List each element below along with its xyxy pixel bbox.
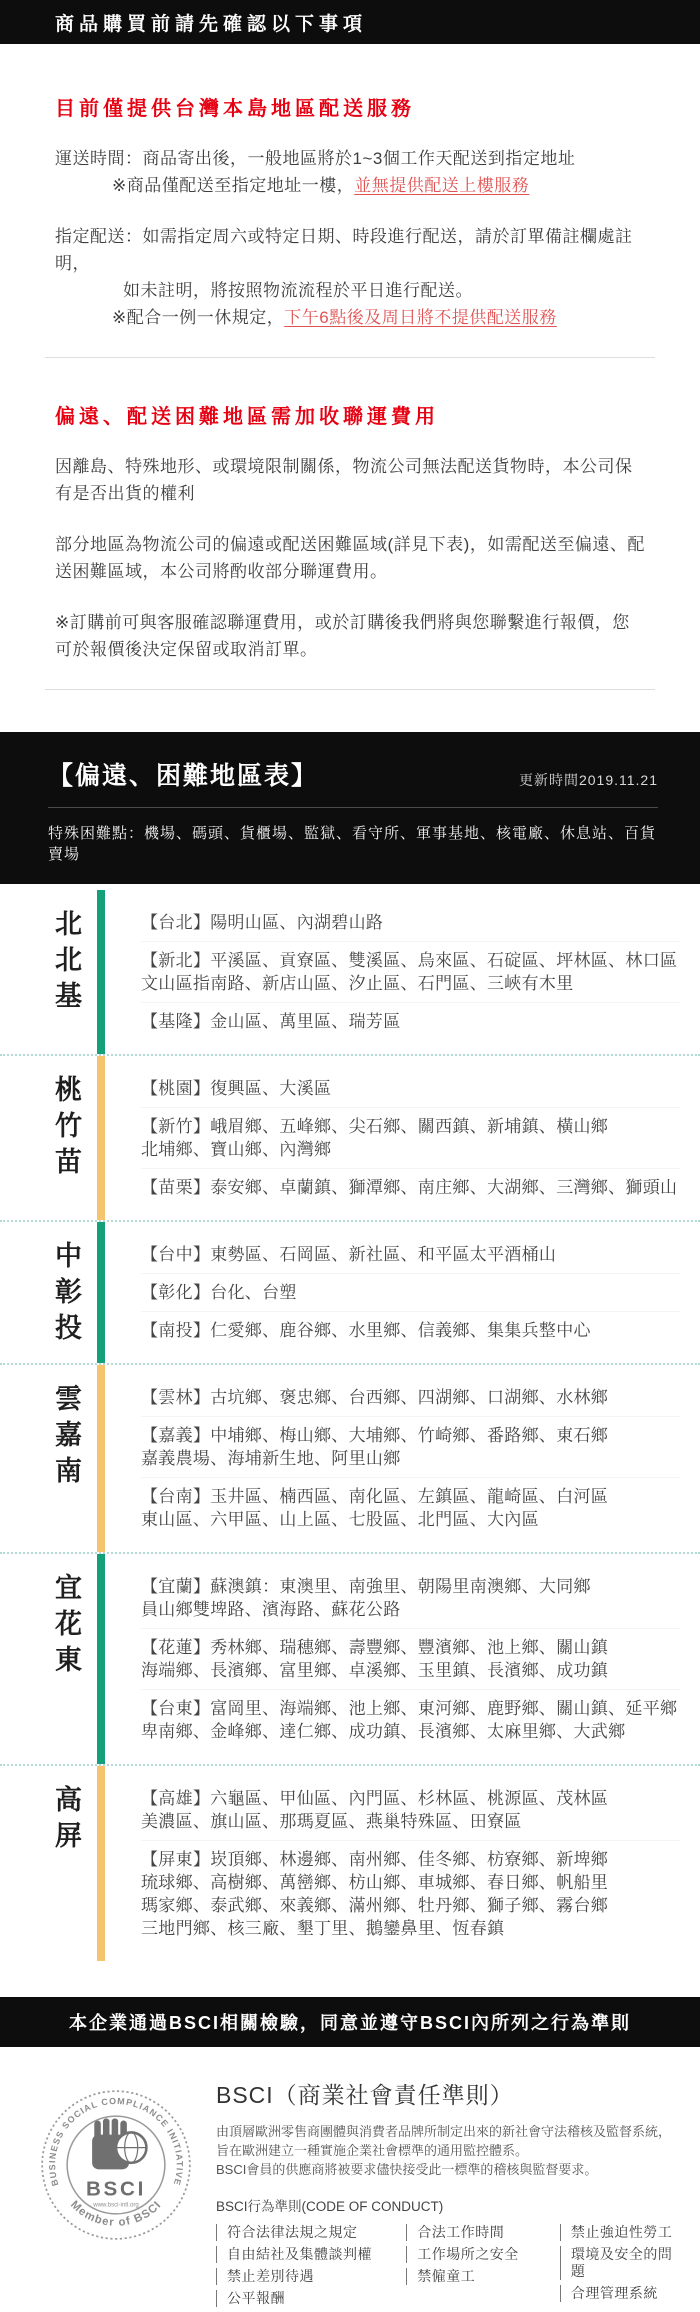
- region-rows: 【宜蘭】蘇澳鎮：東澳里、南強里、朝陽里南澳鄉、大同鄉 員山鄉雙埤路、濱海路、蘇花…: [141, 1554, 700, 1764]
- area-table-header: 【偏遠、困難地區表】 更新時間2019.11.21 特殊困難點：機場、碼頭、貨櫃…: [0, 732, 700, 884]
- bsci-statement-bar: 本企業通過BSCI相關檢驗，同意並遵守BSCI內所列之行為準則: [0, 1997, 700, 2047]
- bsci-code-column: 合法工作時間工作場所之安全禁僱童工: [406, 2224, 560, 2312]
- notice-title: 商品購買前請先確認以下事項: [55, 9, 367, 36]
- area-table-title: 【偏遠、困難地區表】: [48, 756, 318, 792]
- area-row: 【宜蘭】蘇澳鎮：東澳里、南強里、朝陽里南澳鄉、大同鄉 員山鄉雙埤路、濱海路、蘇花…: [141, 1568, 680, 1628]
- bsci-code-item: 合理管理系統: [560, 2285, 676, 2302]
- region-label-char: 北: [55, 942, 97, 978]
- region-group-label: 中彰投: [55, 1222, 97, 1363]
- area-group: 北北基 【台北】陽明山區、內湖碧山路【新北】平溪區、貢寮區、雙溪區、烏來區、石碇…: [0, 890, 700, 1054]
- area-row: 【苗栗】泰安鄉、卓蘭鎮、獅潭鄉、南庄鄉、大湖鄉、三灣鄉、獅頭山: [141, 1168, 680, 1206]
- bsci-section: BUSINESS SOCIAL COMPLIANCE INITIATIVE Me…: [0, 2047, 700, 2312]
- region-label-char: 高: [55, 1782, 97, 1818]
- region-label-char: 中: [55, 1238, 97, 1274]
- region-group-label: 雲嘉南: [55, 1365, 97, 1552]
- region-label-char: 竹: [55, 1108, 97, 1144]
- bsci-desc-line-2: 旨在歐洲建立一種實施企業社會標準的通用監控體系。: [216, 2141, 676, 2160]
- designated-delivery-paragraph: 指定配送：如需指定周六或特定日期、時段進行配送，請於訂單備註欄處註明， 如未註明…: [55, 223, 645, 331]
- region-group-label: 宜花東: [55, 1554, 97, 1764]
- bsci-code-item: 公平報酬: [216, 2290, 406, 2307]
- area-table-updated: 更新時間2019.11.21: [519, 770, 658, 792]
- bsci-code-item: 環境及安全的問題: [560, 2246, 676, 2280]
- bsci-code-item: 合法工作時間: [406, 2224, 560, 2241]
- bsci-code-columns: 符合法律法規之規定自由結社及集體談判權禁止差別待遇公平報酬合法工作時間工作場所之…: [216, 2224, 676, 2312]
- area-table: 北北基 【台北】陽明山區、內湖碧山路【新北】平溪區、貢寮區、雙溪區、烏來區、石碇…: [0, 884, 700, 1961]
- remote-area-section: 偏遠、配送困難地區需加收聯運費用 因離島、特殊地形、或環境限制關係，物流公司無法…: [0, 358, 700, 663]
- area-group: 雲嘉南 【雲林】古坑鄉、褒忠鄉、台西鄉、四湖鄉、口湖鄉、水林鄉【嘉義】中埔鄉、梅…: [0, 1363, 700, 1552]
- region-label-char: 北: [55, 906, 97, 942]
- remote-paragraph-3: ※訂購前可與客服確認聯運費用，或於訂購後我們將與您聯繫進行報價，您可於報價後決定…: [55, 609, 645, 663]
- shipping-line-1: 運送時間：商品寄出後，一般地區將於1~3個工作天配送到指定地址: [55, 145, 645, 172]
- bsci-seal-icon: BUSINESS SOCIAL COMPLIANCE INITIATIVE Me…: [40, 2089, 192, 2241]
- bsci-logo-name: BSCI: [86, 2177, 146, 2200]
- product-notice-page: 商品購買前請先確認以下事項 目前僅提供台灣本島地區配送服務 運送時間：商品寄出後…: [0, 0, 700, 2312]
- area-row: 【台南】玉井區、楠西區、南化區、左鎮區、龍崎區、白河區 東山區、六甲區、山上區、…: [141, 1477, 680, 1538]
- area-row: 【基隆】金山區、萬里區、瑞芳區: [141, 1002, 680, 1040]
- bsci-code-item: 禁止強迫性勞工: [560, 2224, 676, 2241]
- area-row: 【台東】富岡里、海端鄉、池上鄉、東河鄉、鹿野鄉、關山鎮、延平鄉 卑南鄉、金峰鄉、…: [141, 1689, 680, 1750]
- region-label-char: 基: [55, 978, 97, 1014]
- remote-paragraph-1: 因離島、特殊地形、或環境限制關係，物流公司無法配送貨物時，本公司保有是否出貨的權…: [55, 453, 645, 507]
- area-group: 桃竹苗 【桃園】復興區、大溪區【新竹】峨眉鄉、五峰鄉、尖石鄉、關西鎮、新埔鎮、橫…: [0, 1054, 700, 1220]
- area-group: 宜花東 【宜蘭】蘇澳鎮：東澳里、南強里、朝陽里南澳鄉、大同鄉 員山鄉雙埤路、濱海…: [0, 1552, 700, 1764]
- area-row: 【桃園】復興區、大溪區: [141, 1070, 680, 1107]
- area-group: 高屏 【高雄】六龜區、甲仙區、內門區、杉林區、桃源區、茂林區 美濃區、旗山區、那…: [0, 1764, 700, 1961]
- region-color-bar: [97, 1766, 105, 1961]
- bsci-desc-line-1: 由頂層歐洲零售商團體與消費者品牌所制定出來的新社會守法稽核及監督系統，: [216, 2122, 676, 2141]
- delivery-heading: 目前僅提供台灣本島地區配送服務: [55, 44, 645, 121]
- region-label-char: 苗: [55, 1144, 97, 1180]
- region-label-char: 東: [55, 1642, 97, 1678]
- region-label-char: 嘉: [55, 1417, 97, 1453]
- shipping-time-paragraph: 運送時間：商品寄出後，一般地區將於1~3個工作天配送到指定地址 ※商品僅配送至指…: [55, 145, 645, 199]
- section-divider-2: [45, 689, 655, 690]
- region-rows: 【高雄】六龜區、甲仙區、內門區、杉林區、桃源區、茂林區 美濃區、旗山區、那瑪夏區…: [141, 1766, 700, 1961]
- region-group-label: 高屏: [55, 1766, 97, 1961]
- area-row: 【台北】陽明山區、內湖碧山路: [141, 904, 680, 941]
- region-label-char: 雲: [55, 1381, 97, 1417]
- bsci-code-item: 自由結社及集體談判權: [216, 2246, 406, 2263]
- shipping-line-2: ※商品僅配送至指定地址一樓，並無提供配送上樓服務: [55, 172, 645, 199]
- bsci-statement-text: 本企業通過BSCI相關檢驗，同意並遵守BSCI內所列之行為準則: [69, 2009, 631, 2035]
- bsci-logo-url: www.bsci-intl.org: [92, 2201, 139, 2208]
- notice-title-bar: 商品購買前請先確認以下事項: [0, 0, 700, 44]
- remote-paragraph-2: 部分地區為物流公司的偏遠或配送困難區域(詳見下表)，如需配送至偏遠、配送困難區域…: [55, 531, 645, 585]
- bsci-code-item: 禁止差別待遇: [216, 2268, 406, 2285]
- region-rows: 【台中】東勢區、石岡區、新社區、和平區太平酒桶山【彰化】台化、台塑【南投】仁愛鄉…: [141, 1222, 700, 1363]
- region-rows: 【台北】陽明山區、內湖碧山路【新北】平溪區、貢寮區、雙溪區、烏來區、石碇區、坪林…: [141, 890, 700, 1054]
- region-color-bar: [97, 1056, 105, 1220]
- designated-line-3-prefix: ※配合一例一休規定，: [112, 308, 284, 327]
- delivery-section: 目前僅提供台灣本島地區配送服務 運送時間：商品寄出後，一般地區將於1~3個工作天…: [0, 44, 700, 331]
- region-group-label: 北北基: [55, 890, 97, 1054]
- region-label-char: 屏: [55, 1818, 97, 1854]
- region-label-char: 花: [55, 1606, 97, 1642]
- region-color-bar: [97, 1222, 105, 1363]
- area-group: 中彰投 【台中】東勢區、石岡區、新社區、和平區太平酒桶山【彰化】台化、台塑【南投…: [0, 1220, 700, 1363]
- bsci-code-item: 禁僱童工: [406, 2268, 560, 2285]
- region-label-char: 彰: [55, 1274, 97, 1310]
- bsci-code-column: 符合法律法規之規定自由結社及集體談判權禁止差別待遇公平報酬: [216, 2224, 406, 2312]
- area-special-note: 特殊困難點：機場、碼頭、貨櫃場、監獄、看守所、軍事基地、核電廠、休息站、百貨賣場: [48, 822, 658, 864]
- region-rows: 【桃園】復興區、大溪區【新竹】峨眉鄉、五峰鄉、尖石鄉、關西鎮、新埔鎮、橫山鄉 北…: [141, 1056, 700, 1220]
- region-label-char: 桃: [55, 1072, 97, 1108]
- bsci-description: 由頂層歐洲零售商團體與消費者品牌所制定出來的新社會守法稽核及監督系統， 旨在歐洲…: [216, 2122, 676, 2179]
- designated-line-3: ※配合一例一休規定，下午6點後及周日將不提供配送服務: [55, 304, 645, 331]
- area-row: 【新北】平溪區、貢寮區、雙溪區、烏來區、石碇區、坪林區、林口區 文山區指南路、新…: [141, 941, 680, 1002]
- region-color-bar: [97, 1554, 105, 1764]
- area-row: 【新竹】峨眉鄉、五峰鄉、尖石鄉、關西鎮、新埔鎮、橫山鄉 北埔鄉、寶山鄉、內灣鄉: [141, 1107, 680, 1168]
- bsci-desc-line-3: BSCI會員的供應商將被要求儘快接受此一標準的稽核與監督要求。: [216, 2160, 676, 2179]
- bsci-info: BSCI（商業社會責任準則） 由頂層歐洲零售商團體與消費者品牌所制定出來的新社會…: [192, 2073, 676, 2312]
- shipping-line-2-highlight: 並無提供配送上樓服務: [354, 176, 529, 195]
- bsci-code-item: 工作場所之安全: [406, 2246, 560, 2263]
- designated-line-1: 指定配送：如需指定周六或特定日期、時段進行配送，請於訂單備註欄處註明，: [55, 223, 645, 277]
- area-row: 【台中】東勢區、石岡區、新社區、和平區太平酒桶山: [141, 1236, 680, 1273]
- area-row: 【南投】仁愛鄉、鹿谷鄉、水里鄉、信義鄉、集集兵整中心: [141, 1311, 680, 1349]
- designated-line-2: 如未註明，將按照物流流程於平日進行配送。: [55, 277, 645, 304]
- region-rows: 【雲林】古坑鄉、褒忠鄉、台西鄉、四湖鄉、口湖鄉、水林鄉【嘉義】中埔鄉、梅山鄉、大…: [141, 1365, 700, 1552]
- area-row: 【雲林】古坑鄉、褒忠鄉、台西鄉、四湖鄉、口湖鄉、水林鄉: [141, 1379, 680, 1416]
- area-row: 【彰化】台化、台塑: [141, 1273, 680, 1311]
- area-row: 【屏東】崁頂鄉、林邊鄉、南州鄉、佳冬鄉、枋寮鄉、新埤鄉 琉球鄉、高樹鄉、萬巒鄉、…: [141, 1840, 680, 1947]
- bsci-heading: BSCI（商業社會責任準則）: [216, 2077, 676, 2110]
- bsci-code-item: 符合法律法規之規定: [216, 2224, 406, 2241]
- shipping-line-2-prefix: ※商品僅配送至指定地址一樓，: [112, 176, 354, 195]
- region-color-bar: [97, 890, 105, 1054]
- region-label-char: 投: [55, 1310, 97, 1346]
- region-label-char: 宜: [55, 1570, 97, 1606]
- area-row: 【花蓮】秀林鄉、瑞穗鄉、壽豐鄉、豐濱鄉、池上鄉、關山鎮 海端鄉、長濱鄉、富里鄉、…: [141, 1628, 680, 1689]
- area-header-divider: [48, 807, 658, 808]
- bsci-code-column: 禁止強迫性勞工環境及安全的問題合理管理系統: [560, 2224, 676, 2312]
- bsci-code-title: BSCI行為準則(CODE OF CONDUCT): [216, 2195, 676, 2215]
- remote-heading: 偏遠、配送困難地區需加收聯運費用: [55, 358, 645, 429]
- area-row: 【嘉義】中埔鄉、梅山鄉、大埔鄉、竹崎鄉、番路鄉、東石鄉 嘉義農場、海埔新生地、阿…: [141, 1416, 680, 1477]
- area-row: 【高雄】六龜區、甲仙區、內門區、杉林區、桃源區、茂林區 美濃區、旗山區、那瑪夏區…: [141, 1780, 680, 1840]
- area-table-header-top: 【偏遠、困難地區表】 更新時間2019.11.21: [48, 756, 658, 792]
- region-color-bar: [97, 1365, 105, 1552]
- designated-line-3-highlight: 下午6點後及周日將不提供配送服務: [284, 308, 556, 327]
- region-group-label: 桃竹苗: [55, 1056, 97, 1220]
- region-label-char: 南: [55, 1453, 97, 1489]
